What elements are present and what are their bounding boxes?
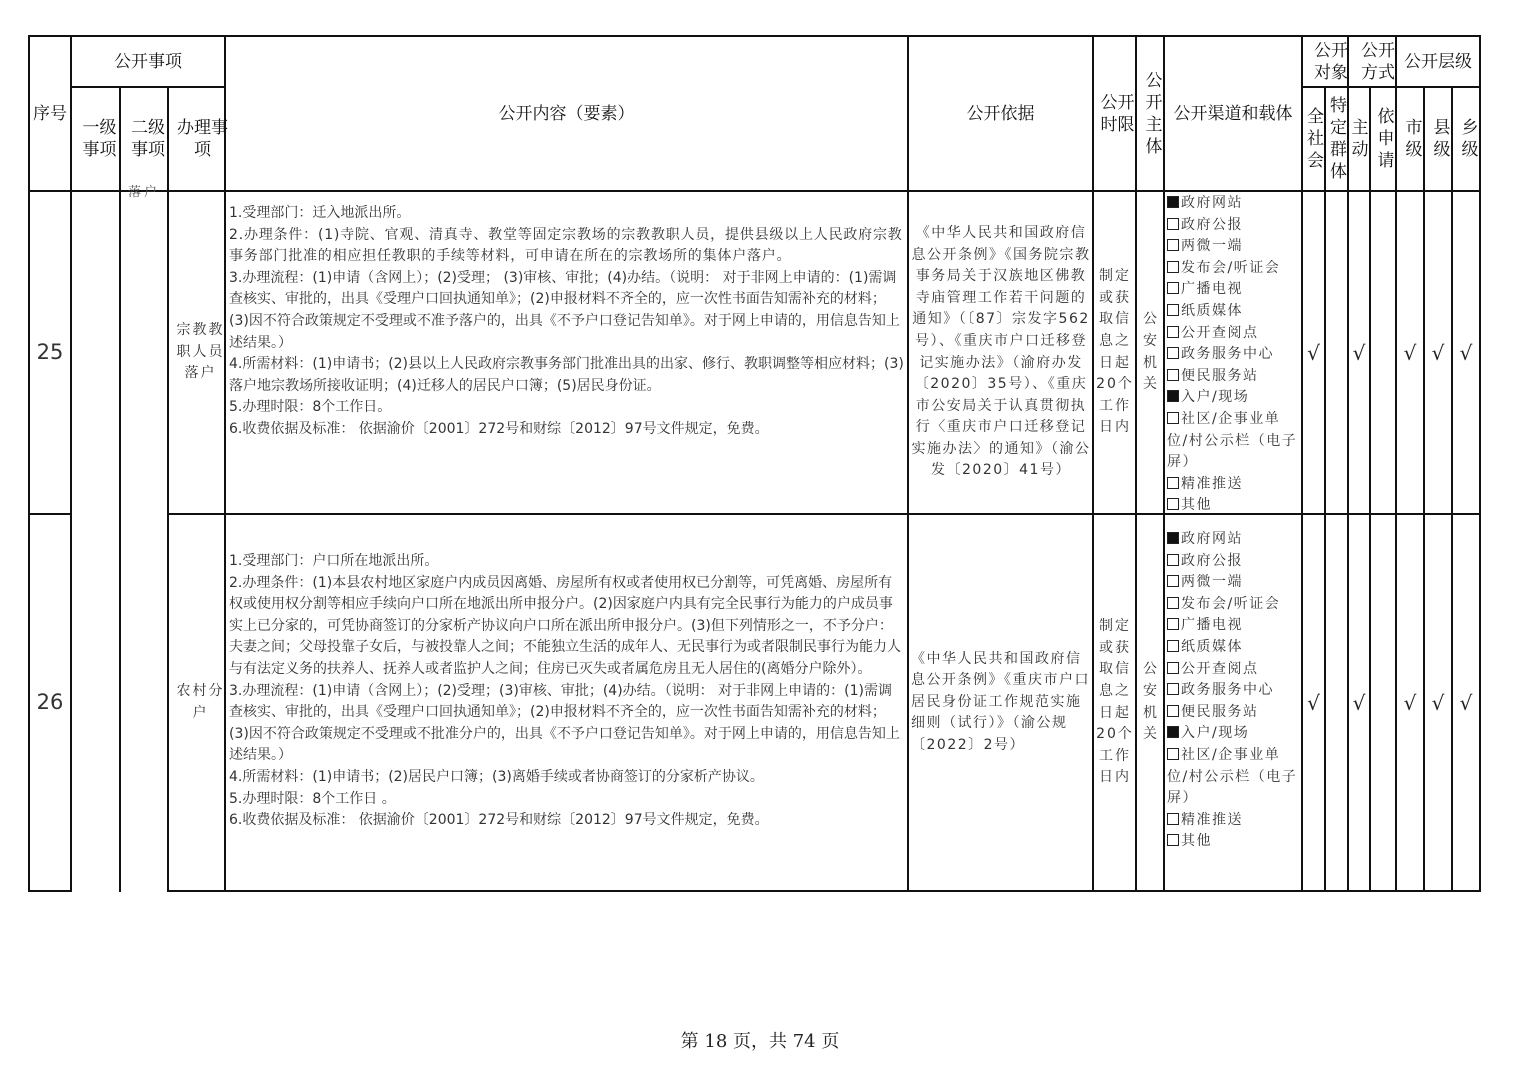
channel-item: 公开查阅点 xyxy=(1167,323,1299,345)
unchecked-box-icon xyxy=(1167,477,1179,489)
channel-item: 纸质媒体 xyxy=(1167,637,1299,659)
checked-box-icon xyxy=(1167,390,1179,402)
unchecked-box-icon xyxy=(1167,813,1179,825)
channel-item: 便民服务站 xyxy=(1167,702,1299,724)
unchecked-box-icon xyxy=(1167,412,1179,424)
mode-apply-check xyxy=(1371,192,1395,513)
row-time-limit: 制定或获取信息之日起20个工作日内 xyxy=(1096,192,1134,513)
row-basis: 《中华人民共和国政府信息公开条例》《国务院宗教事务局关于汉族地区佛教寺庙管理工作… xyxy=(911,192,1091,513)
channel-item: 政府公报 xyxy=(1167,215,1299,237)
row-handle: 农村分户 xyxy=(169,515,232,890)
target-all-check: √ xyxy=(1303,192,1324,513)
unchecked-box-icon xyxy=(1167,618,1179,630)
page-number: 第 18 页，共 74 页 xyxy=(0,1027,1520,1053)
header-matter-group: 公开事项 xyxy=(72,37,224,86)
unchecked-box-icon xyxy=(1167,369,1179,381)
content-line: 4.所需材料：(1)申请书；(2)县以上人民政府宗教事务部门批准出具的出家、修行… xyxy=(229,354,905,397)
content-line: 4.所需材料：(1)申请书；(2)居民户口簿；(3)离婚手续或者协商签订的分家析… xyxy=(229,767,905,789)
unchecked-box-icon xyxy=(1167,326,1179,338)
unchecked-box-icon xyxy=(1167,261,1179,273)
header-seq: 序号 xyxy=(30,37,70,190)
unchecked-box-icon xyxy=(1167,640,1179,652)
channel-item: 便民服务站 xyxy=(1167,366,1299,388)
row-channels: 政府网站 政府公报 两微一端 发布会/听证会 广播电视 纸质媒体 公开查阅点 政… xyxy=(1167,529,1299,853)
row-seq: 26 xyxy=(30,515,70,890)
row-handle: 宗教教职人员落户 xyxy=(169,192,232,513)
header-level-group: 公开层级 xyxy=(1397,37,1479,86)
row-channels: 政府网站 政府公报 两微一端 发布会/听证会 广播电视 纸质媒体 公开查阅点 政… xyxy=(1167,193,1299,511)
channel-item: 社区/企事业单位/村公示栏（电子屏） xyxy=(1167,409,1299,474)
mode-active-check: √ xyxy=(1349,192,1369,513)
unchecked-box-icon xyxy=(1167,705,1179,717)
channel-item: 精准推送 xyxy=(1167,474,1299,496)
content-line: 6.收费依据及标准： 依据渝价〔2001〕272号和财综〔2012〕97号文件规… xyxy=(229,419,905,441)
level-city-check: √ xyxy=(1397,515,1423,890)
target-specific-check xyxy=(1326,515,1347,890)
channel-item: 公开查阅点 xyxy=(1167,659,1299,681)
level-city-check: √ xyxy=(1397,192,1423,513)
unchecked-box-icon xyxy=(1167,239,1179,251)
level-county-check: √ xyxy=(1425,192,1451,513)
channel-item: 入户/现场 xyxy=(1167,723,1299,745)
unchecked-box-icon xyxy=(1167,683,1179,695)
content-line: 3.办理流程：(1)申请（含网上）；(2)受理；(3)审核、审批；(4)办结。（… xyxy=(229,681,905,767)
channel-item: 政府网站 xyxy=(1167,529,1299,551)
content-line: 1.受理部门：户口所在地派出所。 xyxy=(229,551,905,573)
header-target-specific: 特定群体 xyxy=(1326,88,1351,190)
mode-apply-check xyxy=(1371,515,1395,890)
header-level-town: 乡级 xyxy=(1453,88,1487,190)
unchecked-box-icon xyxy=(1167,282,1179,294)
checked-box-icon xyxy=(1167,196,1179,208)
channel-item: 广播电视 xyxy=(1167,615,1299,637)
channel-item: 政务服务中心 xyxy=(1167,680,1299,702)
content-line: 3.办理流程：(1)申请（含网上）；(2)受理； (3)审核、审批；(4)办结。… xyxy=(229,268,905,354)
header-mode-active: 主动 xyxy=(1349,88,1371,190)
content-line: 5.办理时限：8个工作日 。 xyxy=(229,789,905,811)
row-basis: 《中华人民共和国政府信息公开条例》《重庆市户口居民身份证工作规范实施细则（试行）… xyxy=(911,515,1091,890)
target-all-check: √ xyxy=(1303,515,1324,890)
row-content: 1.受理部门：迁入地派出所。 2.办理条件：(1)寺院、官观、清真寺、教堂等固定… xyxy=(229,203,905,441)
unchecked-box-icon xyxy=(1167,554,1179,566)
content-line: 2.办理条件：(1)寺院、官观、清真寺、教堂等固定宗教场的宗教教职人员，提供县级… xyxy=(229,225,905,268)
unchecked-box-icon xyxy=(1167,304,1179,316)
channel-item: 精准推送 xyxy=(1167,810,1299,832)
header-level2: 二级事项 xyxy=(121,88,175,190)
unchecked-box-icon xyxy=(1167,748,1179,760)
content-line: 5.办理时限：8个工作日。 xyxy=(229,397,905,419)
channel-item: 纸质媒体 xyxy=(1167,301,1299,323)
unchecked-box-icon xyxy=(1167,347,1179,359)
row-time-limit: 制定或获取信息之日起20个工作日内 xyxy=(1096,515,1134,890)
channel-item: 政府网站 xyxy=(1167,193,1299,215)
header-basis: 公开依据 xyxy=(909,37,1092,190)
level-town-check: √ xyxy=(1453,192,1479,513)
unchecked-box-icon xyxy=(1167,575,1179,587)
target-specific-check xyxy=(1326,192,1347,513)
level-county-check: √ xyxy=(1425,515,1451,890)
channel-item: 其他 xyxy=(1167,495,1299,511)
unchecked-box-icon xyxy=(1167,218,1179,230)
channel-item: 其他 xyxy=(1167,831,1299,853)
channel-item: 入户/现场 xyxy=(1167,387,1299,409)
content-line: 1.受理部门：迁入地派出所。 xyxy=(229,203,905,225)
channel-item: 广播电视 xyxy=(1167,279,1299,301)
channel-item: 社区/企事业单位/村公示栏（电子屏） xyxy=(1167,745,1299,810)
row-subject: 公安机关 xyxy=(1140,515,1160,890)
checked-box-icon xyxy=(1167,532,1179,544)
channel-item: 发布会/听证会 xyxy=(1167,258,1299,280)
header-time-limit: 公开时限 xyxy=(1094,37,1141,190)
unchecked-box-icon xyxy=(1167,662,1179,674)
level2-overflow-text: 落户 xyxy=(121,184,167,202)
mode-active-check: √ xyxy=(1349,515,1369,890)
unchecked-box-icon xyxy=(1167,597,1179,609)
channel-item: 两微一端 xyxy=(1167,572,1299,594)
content-line: 6.收费依据及标准： 依据渝价〔2001〕272号和财综〔2012〕97号文件规… xyxy=(229,810,905,832)
level-town-check: √ xyxy=(1453,515,1479,890)
content-line: 2.办理条件：(1)本县农村地区家庭户内成员因离婚、房屋所有权或者使用权已分割等… xyxy=(229,573,905,681)
channel-item: 政府公报 xyxy=(1167,551,1299,573)
channel-item: 发布会/听证会 xyxy=(1167,594,1299,616)
unchecked-box-icon xyxy=(1167,834,1179,846)
row-subject: 公安机关 xyxy=(1140,192,1160,513)
row-seq: 25 xyxy=(30,192,70,513)
channel-item: 政务服务中心 xyxy=(1167,344,1299,366)
header-target-all-cell: 全社会 xyxy=(1303,88,1328,190)
unchecked-box-icon xyxy=(1167,498,1179,510)
checked-box-icon xyxy=(1167,726,1179,738)
header-channel: 公开渠道和载体 xyxy=(1165,37,1301,190)
header-level1: 一级事项 xyxy=(72,88,127,190)
channel-item: 两微一端 xyxy=(1167,236,1299,258)
header-content: 公开内容（要素） xyxy=(226,37,907,190)
row-content: 1.受理部门：户口所在地派出所。 2.办理条件：(1)本县农村地区家庭户内成员因… xyxy=(229,551,905,832)
